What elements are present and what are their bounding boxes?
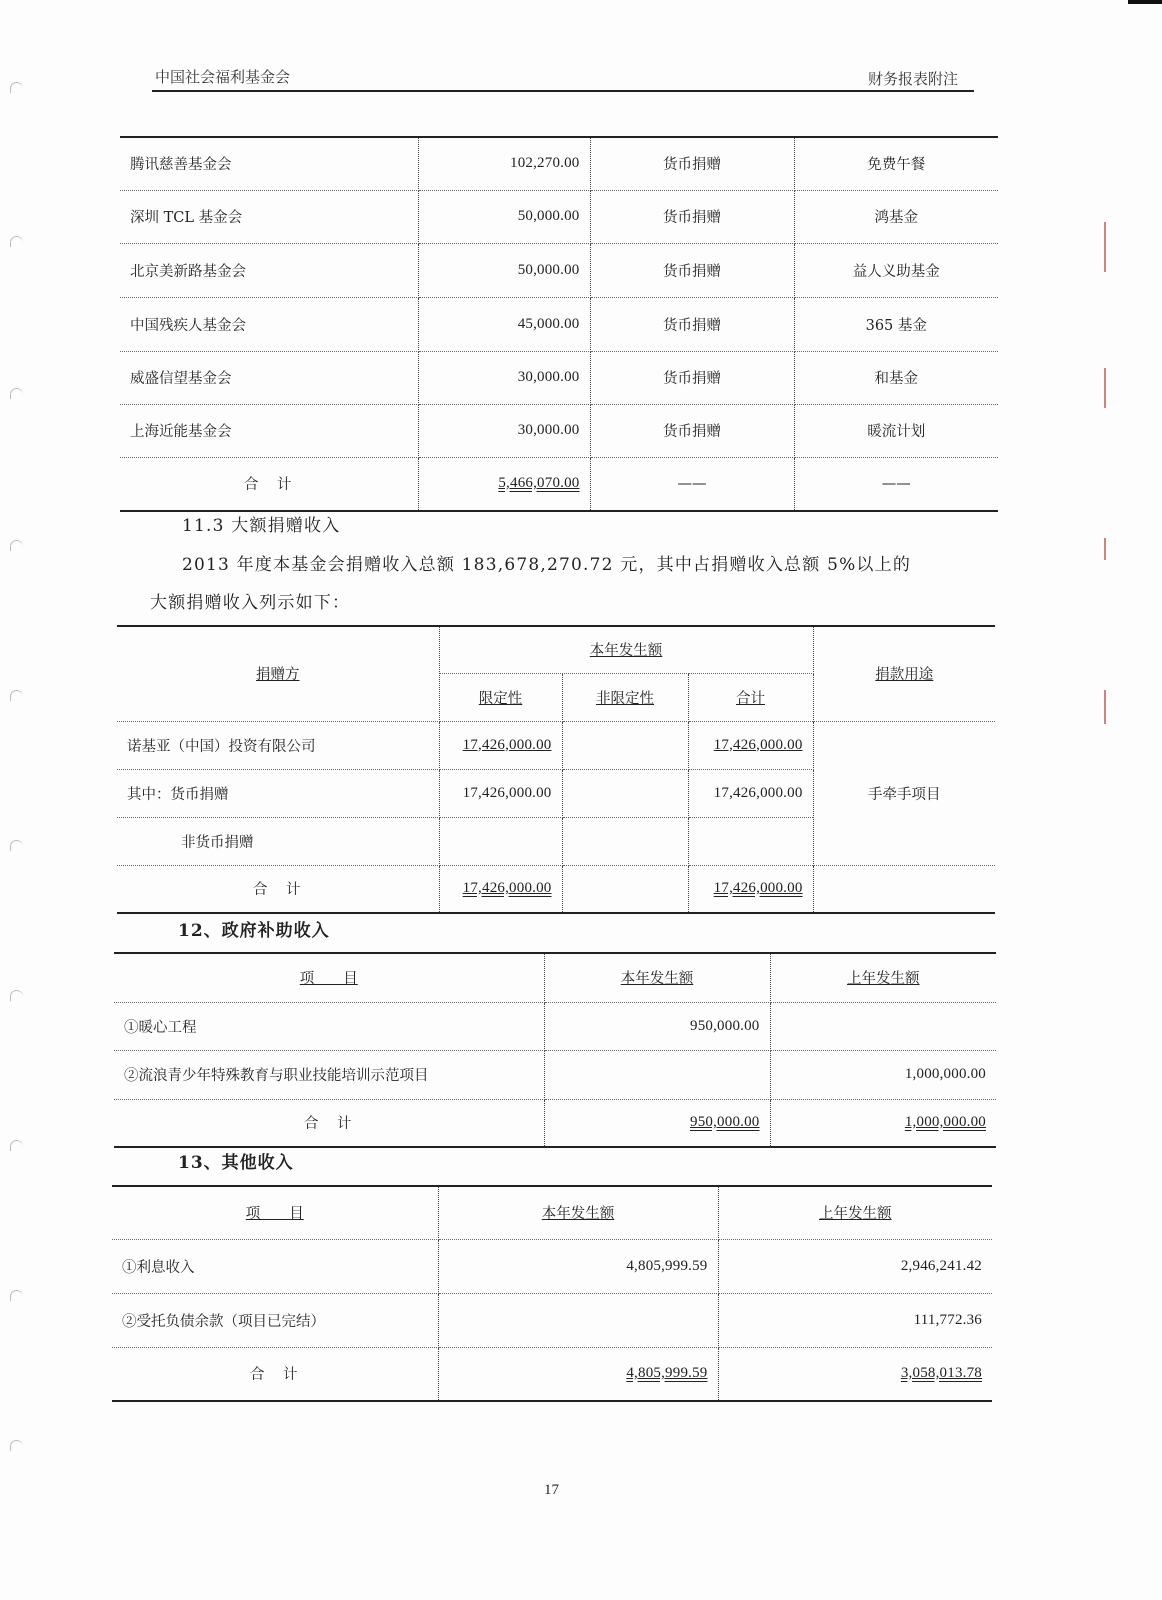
punch-hole-mark [10, 1440, 23, 1451]
total-unrestricted [562, 865, 688, 913]
punch-hole-mark [10, 236, 23, 247]
type-cell: 货币捐赠 [590, 351, 794, 404]
donor-cell: 非货币捐赠 [117, 817, 439, 865]
binding-mark [1104, 538, 1106, 560]
table-row: ②受托负债余款（项目已完结） 111,772.36 [112, 1293, 992, 1347]
unrestricted-cell [562, 817, 688, 865]
header-item: 项 目 [114, 953, 544, 1002]
unrestricted-cell [562, 769, 688, 817]
total-amount: 5,466,070.00 [418, 457, 590, 511]
large-donation-table: 捐赠方 本年发生额 捐款用途 限定性 非限定性 合计 诺基亚（中国）投资有限公司… [117, 625, 995, 914]
scan-edge-mark [1128, 0, 1162, 4]
total-row: 合 计 17,426,000.00 17,426,000.00 [117, 865, 995, 913]
subtotal-cell: 17,426,000.00 [688, 769, 813, 817]
purpose-cell: 和基金 [794, 351, 998, 404]
purpose-cell: 益人义助基金 [794, 243, 998, 297]
prior-cell: 1,000,000.00 [770, 1050, 996, 1099]
total-row: 合 计 4,805,999.59 3,058,013.78 [112, 1347, 992, 1401]
item-cell: ①利息收入 [112, 1239, 438, 1293]
item-cell: ②受托负债余款（项目已完结） [112, 1293, 438, 1347]
prior-cell: 111,772.36 [718, 1293, 992, 1347]
table-row: 诺基亚（中国）投资有限公司 17,426,000.00 17,426,000.0… [117, 721, 995, 769]
amount-cell: 30,000.00 [418, 404, 590, 457]
total-prior: 3,058,013.78 [718, 1347, 992, 1401]
header-rule [152, 90, 974, 92]
donor-cell: 上海近能基金会 [120, 404, 418, 457]
punch-hole-mark [10, 990, 23, 1001]
prior-cell [770, 1002, 996, 1050]
unrestricted-cell [562, 721, 688, 769]
purpose-cell: 鸿基金 [794, 190, 998, 243]
purpose-cell: 手牵手项目 [813, 721, 995, 865]
header-subtotal: 合计 [688, 673, 813, 721]
total-current: 950,000.00 [544, 1099, 770, 1147]
total-label: 合 计 [120, 457, 418, 511]
binding-mark [1104, 690, 1106, 724]
header-purpose: 捐款用途 [813, 626, 995, 721]
section-11-3-title: 11.3 大额捐赠收入 [182, 511, 340, 536]
table-row: 腾讯慈善基金会 102,270.00 货币捐赠 免费午餐 [120, 137, 998, 190]
punch-hole-mark [10, 1290, 23, 1301]
header-current-year: 本年发生额 [439, 626, 813, 673]
amount-cell: 50,000.00 [418, 243, 590, 297]
table-row: 中国残疾人基金会 45,000.00 货币捐赠 365 基金 [120, 297, 998, 351]
type-cell: 货币捐赠 [590, 190, 794, 243]
table-row: 北京美新路基金会 50,000.00 货币捐赠 益人义助基金 [120, 243, 998, 297]
total-prior: 1,000,000.00 [770, 1099, 996, 1147]
amount-cell: 50,000.00 [418, 190, 590, 243]
other-income-table: 项 目 本年发生额 上年发生额 ①利息收入 4,805,999.59 2,946… [112, 1185, 992, 1402]
binding-mark [1104, 222, 1106, 272]
total-row: 合 计 950,000.00 1,000,000.00 [114, 1099, 996, 1147]
header-prior: 上年发生额 [770, 953, 996, 1002]
purpose-cell: 365 基金 [794, 297, 998, 351]
table-row: ①利息收入 4,805,999.59 2,946,241.42 [112, 1239, 992, 1293]
punch-hole-mark [10, 1140, 23, 1151]
header-donor: 捐赠方 [117, 626, 439, 721]
restricted-cell: 17,426,000.00 [439, 721, 562, 769]
header-item: 项 目 [112, 1186, 438, 1239]
item-cell: ②流浪青少年特殊教育与职业技能培训示范项目 [114, 1050, 544, 1099]
amount-cell: 45,000.00 [418, 297, 590, 351]
donor-cell: 中国残疾人基金会 [120, 297, 418, 351]
total-restricted: 17,426,000.00 [439, 865, 562, 913]
table-row: 上海近能基金会 30,000.00 货币捐赠 暖流计划 [120, 404, 998, 457]
subtotal-cell: 17,426,000.00 [688, 721, 813, 769]
purpose-cell: 暖流计划 [794, 404, 998, 457]
type-cell: 货币捐赠 [590, 297, 794, 351]
prior-cell: 2,946,241.42 [718, 1239, 992, 1293]
total-current: 4,805,999.59 [438, 1347, 718, 1401]
type-cell: 货币捐赠 [590, 243, 794, 297]
current-cell [438, 1293, 718, 1347]
current-cell [544, 1050, 770, 1099]
header-current: 本年发生额 [544, 953, 770, 1002]
restricted-cell [439, 817, 562, 865]
header-prior: 上年发生额 [718, 1186, 992, 1239]
current-cell: 950,000.00 [544, 1002, 770, 1050]
total-label: 合 计 [112, 1347, 438, 1401]
section-11-3-paragraph-line1: 2013 年度本基金会捐赠收入总额 183,678,270.72 元，其中占捐赠… [182, 550, 911, 575]
total-row: 合 计 5,466,070.00 —— —— [120, 457, 998, 511]
purpose-cell: 免费午餐 [794, 137, 998, 190]
donor-cell: 北京美新路基金会 [120, 243, 418, 297]
section-11-3-paragraph-line2: 大额捐赠收入列示如下： [150, 588, 350, 613]
total-label: 合 计 [114, 1099, 544, 1147]
item-cell: ①暖心工程 [114, 1002, 544, 1050]
donor-cell: 其中：货币捐赠 [117, 769, 439, 817]
binding-mark [1104, 368, 1106, 408]
header-org-name: 中国社会福利基金会 [155, 66, 290, 87]
donor-cell: 诺基亚（中国）投资有限公司 [117, 721, 439, 769]
table-row: 深圳 TCL 基金会 50,000.00 货币捐赠 鸿基金 [120, 190, 998, 243]
subtotal-cell [688, 817, 813, 865]
restricted-cell: 17,426,000.00 [439, 769, 562, 817]
donor-cell: 威盛信望基金会 [120, 351, 418, 404]
total-type: —— [590, 457, 794, 511]
amount-cell: 102,270.00 [418, 137, 590, 190]
total-purpose [813, 865, 995, 913]
donation-table-continued: 腾讯慈善基金会 102,270.00 货币捐赠 免费午餐 深圳 TCL 基金会 … [120, 136, 998, 512]
header-doc-type: 财务报表附注 [868, 68, 958, 89]
current-cell: 4,805,999.59 [438, 1239, 718, 1293]
type-cell: 货币捐赠 [590, 137, 794, 190]
punch-hole-mark [10, 840, 23, 851]
punch-hole-mark [10, 388, 23, 399]
punch-hole-mark [10, 82, 23, 93]
punch-hole-mark [10, 690, 23, 701]
total-subtotal: 17,426,000.00 [688, 865, 813, 913]
header-restricted: 限定性 [439, 673, 562, 721]
total-purpose: —— [794, 457, 998, 511]
amount-cell: 30,000.00 [418, 351, 590, 404]
table-row: 威盛信望基金会 30,000.00 货币捐赠 和基金 [120, 351, 998, 404]
header-unrestricted: 非限定性 [562, 673, 688, 721]
header-current: 本年发生额 [438, 1186, 718, 1239]
section-13-title: 13、其他收入 [178, 1148, 294, 1173]
table-row: ①暖心工程 950,000.00 [114, 1002, 996, 1050]
government-subsidy-table: 项 目 本年发生额 上年发生额 ①暖心工程 950,000.00 ②流浪青少年特… [114, 952, 996, 1148]
type-cell: 货币捐赠 [590, 404, 794, 457]
donor-cell: 深圳 TCL 基金会 [120, 190, 418, 243]
page-number: 17 [544, 1482, 559, 1499]
donor-cell: 腾讯慈善基金会 [120, 137, 418, 190]
table-row: ②流浪青少年特殊教育与职业技能培训示范项目 1,000,000.00 [114, 1050, 996, 1099]
total-label: 合 计 [117, 865, 439, 913]
punch-hole-mark [10, 540, 23, 551]
section-12-title: 12、政府补助收入 [178, 916, 330, 941]
